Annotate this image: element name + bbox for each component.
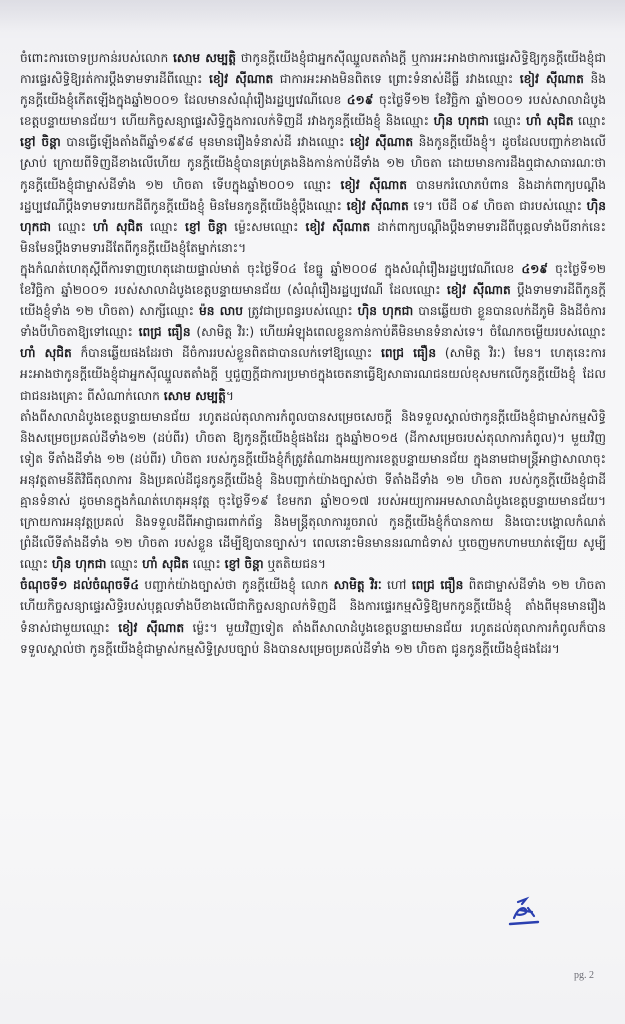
paragraph-1: ចំពោះការចោទប្រកាន់របស់លោក សោម សម្បត្តិ ថ… xyxy=(20,48,606,259)
text-run: ឈ្មោះ xyxy=(143,220,185,234)
text-run: ត្រូវជាប្រពន្ធរបស់ឈ្មោះ xyxy=(243,304,358,318)
paragraph-2: ក្នុងកំណត់ហេតុស្តីពីការទាញហេតុដោយផ្ទាល់ម… xyxy=(20,259,606,407)
text-run: ជាការអះអាងមិនពិតទេ ព្រោះទំនាស់ដីធ្លី រវា… xyxy=(273,72,520,86)
text-run: ។ xyxy=(226,389,234,403)
text-run: ម្ល៉េះសមឈ្មោះ xyxy=(227,220,305,234)
text-run: បញ្ជាក់យ៉ាងច្បាស់ថា កូនក្តីយើងខ្ញុំ លោក xyxy=(139,578,334,592)
text-run: ឈ្មោះ xyxy=(489,114,526,128)
text-run: ឈ្មោះ xyxy=(106,557,142,571)
bold-name: ហ៊ិន ហុកជា xyxy=(52,557,107,571)
text-run: បានធ្វើឡើងតាំងពីឆ្នាំ១៩៩៨ មុនមានរឿងទំនាស… xyxy=(61,135,350,149)
bold-name: ខៀវ ស៊ីណាត xyxy=(209,72,273,86)
bold-name: ខ្ញៅ ចិន្តា xyxy=(185,220,227,234)
bold-name: ខៀវ ស៊ីណាត xyxy=(350,135,413,149)
bold-name: ហាំ សុជិត xyxy=(20,346,72,360)
bold-name: ខៀវ ស៊ីណាត xyxy=(306,220,371,234)
bold-name: ពេជ្រ ធឿន xyxy=(412,578,464,592)
bold-name: ខ្ញៅ ចិន្តា xyxy=(225,557,264,571)
bold-name: ៤១៩ xyxy=(521,262,547,276)
bold-name: ចំណុចទី១ ដល់ចំណុចទី៤ xyxy=(20,578,139,592)
text-run: ទេ។ បើដី ០៩ ហិចតា ជារបស់ឈ្មោះ xyxy=(409,199,587,213)
bold-name: ខៀវ ស៊ីណាត xyxy=(340,178,407,192)
paragraph-3: តាំងពីសាលាដំបូងខេត្តបន្ទាយមានជ័យ រហូតដល់… xyxy=(20,407,606,576)
bold-name: ហ៊ិន ហុកជា xyxy=(434,114,489,128)
bold-name: ហាំ សុជិត xyxy=(526,114,574,128)
page-number: pg. 2 xyxy=(574,970,594,981)
text-run: ក៏បានឆ្លើយផងដែរថា ដីចំការរបស់ខ្លួនពិតជាប… xyxy=(72,346,381,360)
scan-shadow xyxy=(0,0,625,30)
text-run: ឬតតិយជន។ xyxy=(264,557,326,571)
text-run: ឈ្មោះ xyxy=(51,220,93,234)
bold-name: ហាំ សុជិត xyxy=(142,557,189,571)
bold-name: សាមិត្ត វិរៈ xyxy=(334,578,382,592)
signature-mark-icon xyxy=(504,896,544,932)
text-run: ហៅ xyxy=(382,578,412,592)
bold-name: សោម សម្បត្តិ xyxy=(173,51,236,65)
bold-name: សោម សម្បត្តិ xyxy=(164,389,226,403)
document-body: ចំពោះការចោទប្រកាន់របស់លោក សោម សម្បត្តិ ថ… xyxy=(20,48,606,660)
text-run: ចំពោះការចោទប្រកាន់របស់លោក xyxy=(20,51,173,65)
text-run: ឈ្មោះ xyxy=(573,114,606,128)
bold-name: ខៀវ ស៊ីណាត xyxy=(347,199,409,213)
bold-name: ខៀវ ស៊ីណាត xyxy=(447,283,511,297)
bold-name: ៤១៩ xyxy=(347,93,373,107)
text-run: (សាមិត្ត វិរៈ) ហើយអំឡុងពេលខ្លួនកាន់កាប់គ… xyxy=(191,325,606,339)
paragraph-4: ចំណុចទី១ ដល់ចំណុចទី៤ បញ្ជាក់យ៉ាងច្បាស់ថា… xyxy=(20,575,606,659)
text-run: ក្នុងកំណត់ហេតុស្តីពីការទាញហេតុដោយផ្ទាល់ម… xyxy=(20,262,521,276)
bold-name: ខៀវ ស៊ីណាត xyxy=(118,621,184,635)
bold-name: ហ៊ិន ហុកជា xyxy=(358,304,414,318)
bold-name: ខៀវ ស៊ីណាត xyxy=(520,72,584,86)
bold-name: ពេជ្រ ធឿន xyxy=(381,346,436,360)
bold-name: ខ្ញៅ ចិន្តា xyxy=(20,135,61,149)
text-run: តាំងពីសាលាដំបូងខេត្តបន្ទាយមានជ័យ រហូតដល់… xyxy=(20,410,606,572)
document-page: ចំពោះការចោទប្រកាន់របស់លោក សោម សម្បត្តិ ថ… xyxy=(0,0,625,1024)
bold-name: ពេជ្រ ធឿន xyxy=(139,325,191,339)
bold-name: ម៉ន លាប xyxy=(199,304,243,318)
text-run: ឈ្មោះ xyxy=(189,557,225,571)
bold-name: ហាំ សុជិត xyxy=(93,220,143,234)
